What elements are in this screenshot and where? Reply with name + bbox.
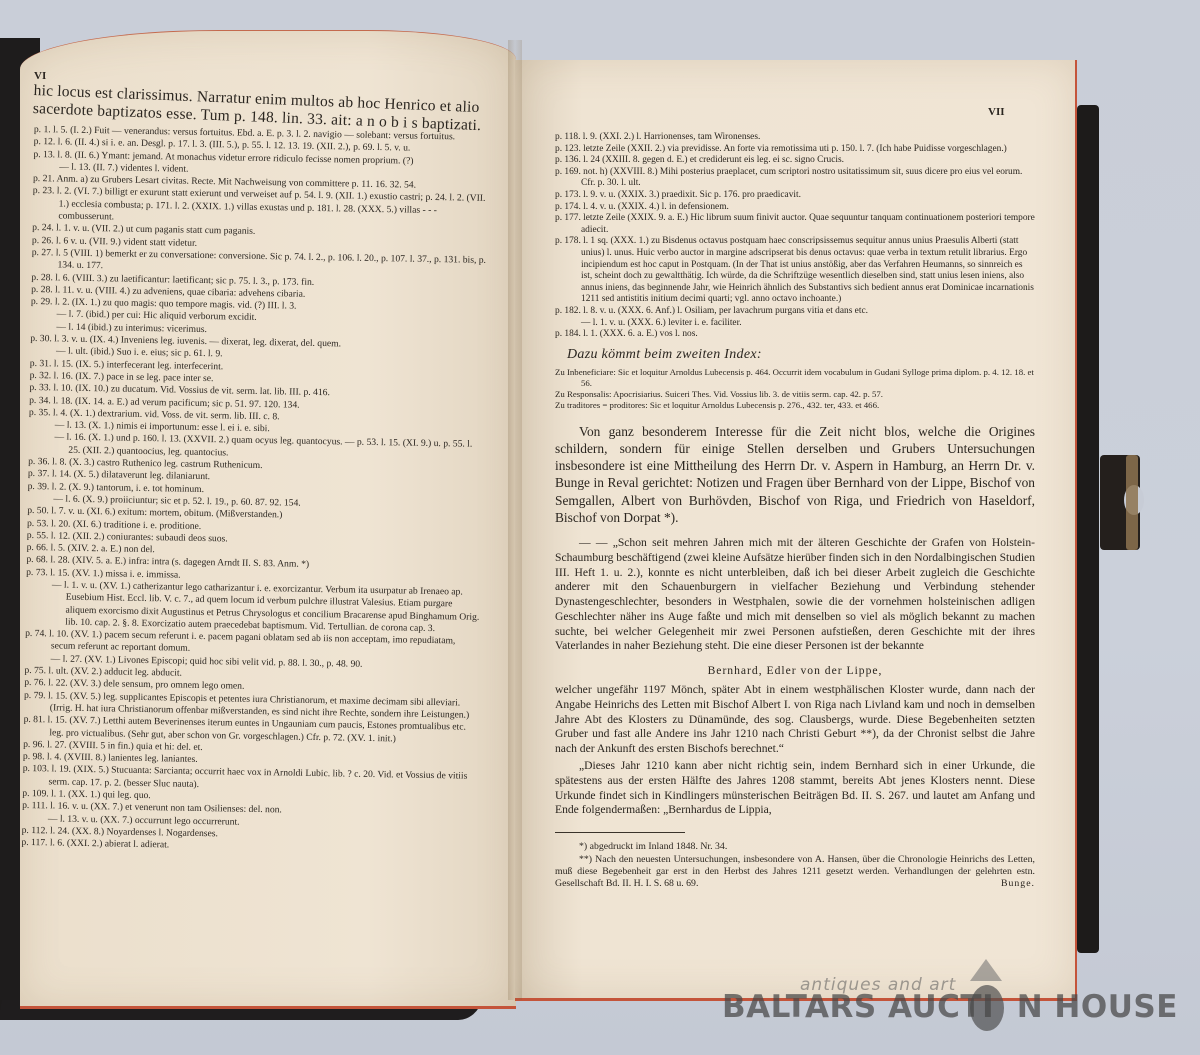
left-page-text: hic locus est clarissimus. Narratur enim… [34, 66, 489, 850]
quoted-paragraph: welcher ungefähr 1197 Mönch, später Abt … [555, 683, 1035, 757]
left-errata-list: p. 1. l. 5. (I. 2.) Fuit — venerandus: v… [21, 124, 489, 857]
errata-entry: p. 118. l. 9. (XXI. 2.) l. Harrionenses,… [555, 132, 1035, 144]
right-page-text: p. 118. l. 9. (XXI. 2.) l. Harrionenses,… [555, 104, 1035, 891]
errata-entry: p. 184. l. 1. (XXX. 6. a. E.) vos l. nos… [555, 329, 1035, 341]
index-entry: Zu Inbeneficiare: Sic et loquitur Arnold… [555, 367, 1035, 389]
index-addenda-list: Zu Inbeneficiare: Sic et loquitur Arnold… [555, 367, 1035, 411]
errata-entry: p. 182. l. 8. v. u. (XXX. 6. Anf.) l. Os… [555, 306, 1035, 318]
errata-entry: p. 178. l. 1 sq. (XXX. 1.) zu Bisdenus o… [555, 236, 1035, 306]
auction-house-watermark: antiques and art BALTARS AUCTI N HOUSE [722, 975, 1122, 1035]
body-paragraph: Von ganz besonderem Interesse für die Ze… [555, 423, 1035, 526]
errata-entry: p. 169. not. h) (XXVIII. 8.) Mihi poster… [555, 167, 1035, 190]
quoted-paragraph: „Dieses Jahr 1210 kann aber nicht richti… [555, 759, 1035, 818]
centered-name: Bernhard, Edler von der Lippe, [555, 664, 1035, 679]
footnote-divider [555, 832, 685, 833]
book-clasp-tip [1126, 455, 1138, 550]
right-errata-list: p. 118. l. 9. (XXI. 2.) l. Harrionenses,… [555, 132, 1035, 341]
errata-entry: p. 173. l. 9. v. u. (XXIX. 3.) praedixit… [555, 190, 1035, 202]
index-entry: Zu Responsalis: Apocrisiarius. Suiceri T… [555, 389, 1035, 400]
errata-entry: p. 174. l. 4. v. u. (XXIX. 4.) l. in def… [555, 202, 1035, 214]
quoted-paragraph: — — „Schon seit mehren Jahren mich mit d… [555, 536, 1035, 654]
footnote: *) abgedruckt im Inland 1848. Nr. 34. [555, 841, 1035, 853]
book-gutter [508, 40, 522, 1000]
errata-entry: p. 177. letzte Zeile (XXIX. 9. a. E.) Hi… [555, 213, 1035, 236]
errata-entry: p. 136. l. 24 (XXIII. 8. gegen d. E.) et… [555, 155, 1035, 167]
errata-entry: — l. 1. v. u. (XV. 1.) catherizantur leg… [25, 579, 481, 636]
watermark-name: BALTARS AUCTI N HOUSE [722, 989, 1178, 1025]
index-entry: Zu traditores = proditores: Sic et loqui… [555, 400, 1035, 411]
crown-icon [970, 959, 1002, 981]
errata-entry: p. 123. letzte Zeile (XXII. 2.) via prev… [555, 144, 1035, 156]
footnote-signature: Bunge. [977, 878, 1035, 890]
book-cover-right-edge [1077, 105, 1099, 953]
errata-entry: — l. 1. v. u. (XXX. 6.) leviter i. e. fa… [555, 318, 1035, 330]
index-heading: Dazu kömmt beim zweiten Index: [567, 347, 1035, 363]
footnote-text: **) Nach den neuesten Untersuchungen, in… [555, 854, 1035, 890]
footnote: **) Nach den neuesten Untersuchungen, in… [555, 854, 1035, 891]
